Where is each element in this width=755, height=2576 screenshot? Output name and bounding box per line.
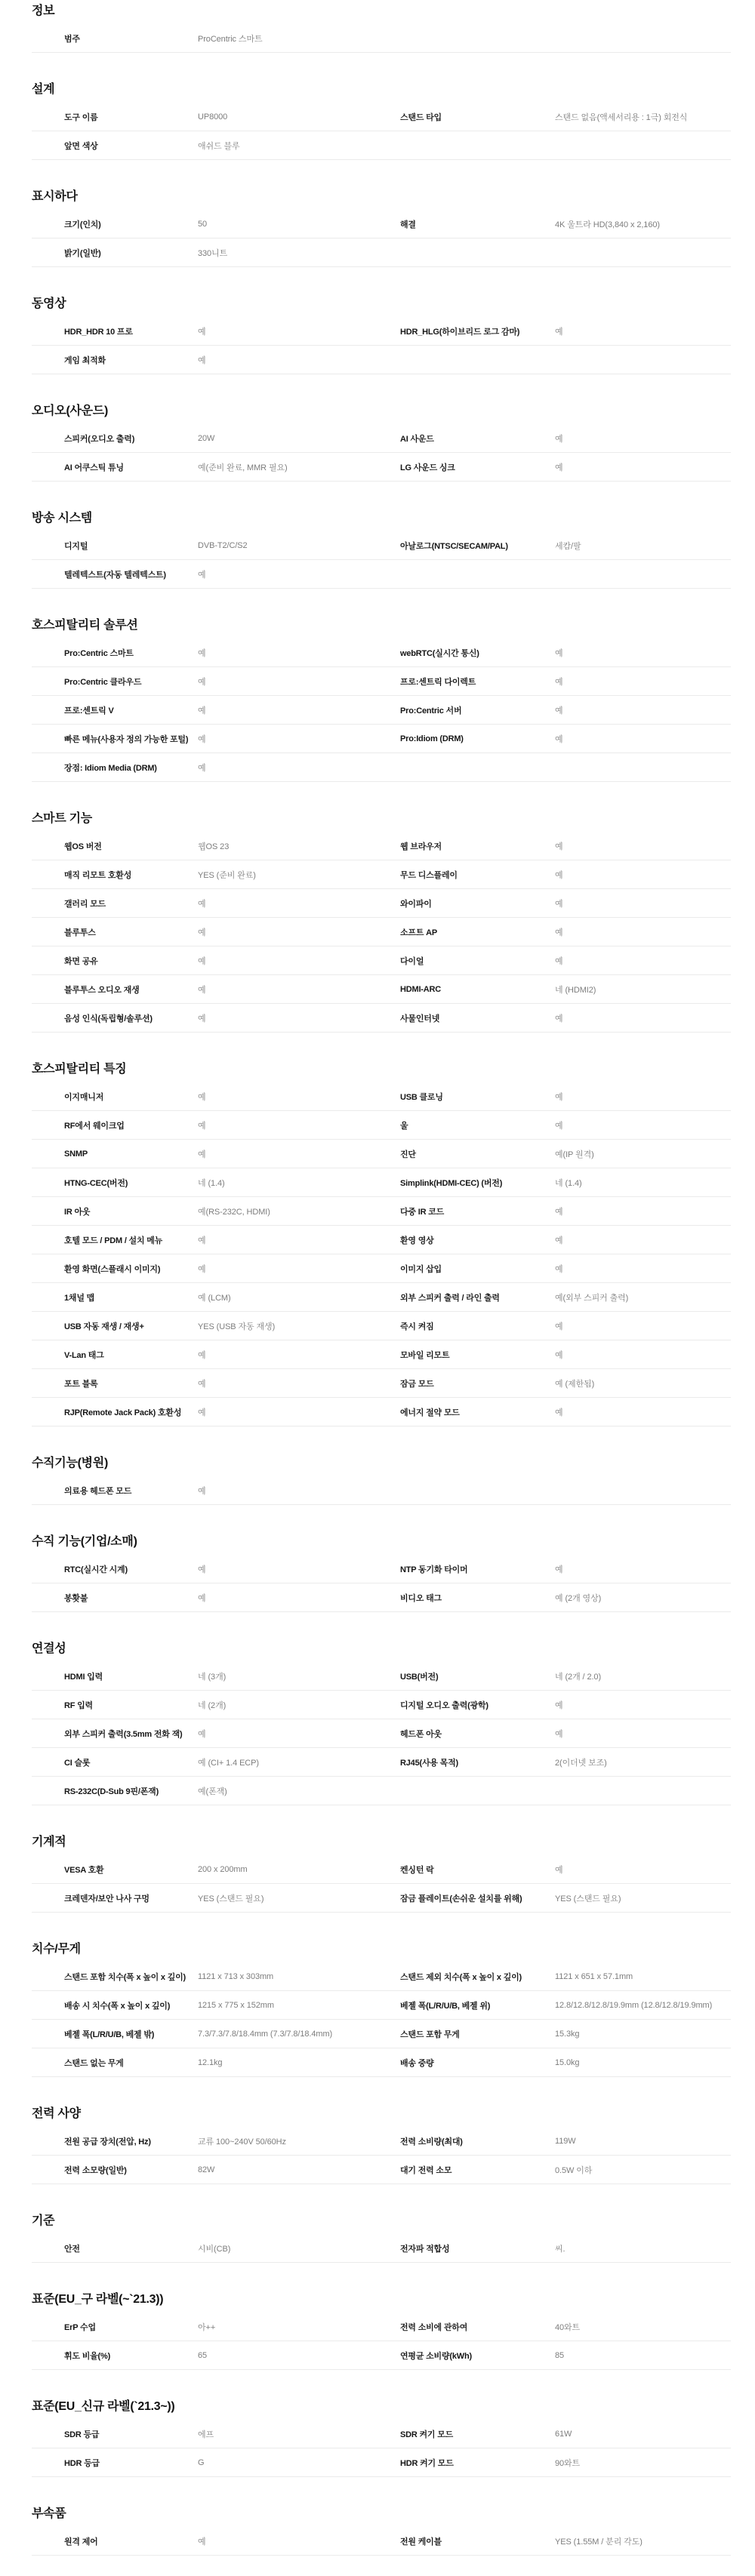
spec-label: 텔레텍스트(자동 텔레텍스트) [32, 568, 198, 580]
spec-value: 예 [555, 926, 731, 938]
spec-label: HDMI 입력 [32, 1670, 198, 1682]
section-title: 방송 시스템 [32, 512, 731, 525]
spec-value: YES (스탠드 필요) [555, 1892, 731, 1904]
spec-label: HDR 켜기 모드 [400, 2457, 555, 2469]
spec-value: 예(RS-232C, HDMI) [198, 1205, 400, 1217]
section-title: 표준(EU_구 라벨(~`21.3)) [32, 2293, 731, 2307]
spec-label: AI 어쿠스틱 튜닝 [32, 461, 198, 473]
spec-value: 씨. [555, 2242, 731, 2254]
spec-label: LG 사운드 싱크 [400, 461, 555, 473]
spec-label: 웹 브라우저 [400, 840, 555, 852]
spec-value: 예(폰잭) [198, 1785, 400, 1797]
spec-value: 예(외부 스피커 출력) [555, 1291, 731, 1303]
spec-row: 전력 소모량(일반)82W대기 전력 소모0.5W 이하 [32, 2156, 731, 2184]
spec-section: 표시하다크기(인치)50해결4K 울트라 HD(3,840 x 2,160)밝기… [32, 160, 731, 267]
spec-label: 화면 공유 [32, 955, 198, 967]
spec-value: 예(IP 원격) [555, 1148, 731, 1160]
spec-value: 예 [198, 568, 400, 580]
spec-value: 예 [198, 704, 400, 716]
spec-value: 65 [198, 2351, 400, 2360]
spec-label: RJ45(사용 목적) [400, 1756, 555, 1768]
spec-label: 무드 디스플레이 [400, 869, 555, 881]
spec-section: 기준안전시비(CB)전자파 적합성씨. [32, 2184, 731, 2263]
spec-label: Pro:Idiom (DRM) [400, 734, 555, 743]
spec-label: IR 아웃 [32, 1205, 198, 1217]
spec-value: 예 [198, 676, 400, 688]
spec-value: 330니트 [198, 247, 400, 259]
spec-row: 안전시비(CB)전자파 적합성씨. [32, 2234, 731, 2263]
spec-row: 블루투스예소프트 AP예 [32, 918, 731, 946]
spec-label: 외부 스피커 출력 / 라인 출력 [400, 1291, 555, 1303]
spec-label: NTP 동기화 타이머 [400, 1563, 555, 1575]
spec-row: 음성 인식(독립형/솔루션)예사물인터넷예 [32, 1004, 731, 1033]
spec-label: 크기(인치) [32, 218, 198, 230]
spec-section: 오디오(사운드)스피커(오디오 출력)20WAI 사운드예AI 어쿠스틱 튜닝예… [32, 374, 731, 482]
spec-label: 원격 제어 [32, 2535, 198, 2547]
spec-value: 예(준비 완료, MMR 필요) [198, 461, 400, 473]
spec-value: 1215 x 775 x 152mm [198, 2001, 400, 2010]
spec-label: 매직 리모트 호환성 [32, 869, 198, 881]
spec-section: 전력 사양전원 공급 장치(전압, Hz)교류 100~240V 50/60Hz… [32, 2077, 731, 2184]
spec-section: 방송 시스템디지털DVB-T2/C/S2아날로그(NTSC/SECAM/PAL)… [32, 482, 731, 589]
spec-value: 4K 울트라 HD(3,840 x 2,160) [555, 218, 731, 230]
spec-row: 환영 화면(스플래시 이미지)예이미지 삽입예 [32, 1254, 731, 1283]
spec-value: 예 [198, 1592, 400, 1604]
spec-label: 다이얼 [400, 955, 555, 967]
spec-row: 장점: Idiom Media (DRM)예 [32, 753, 731, 782]
spec-section: 정보범주ProCentric 스마트 [32, 5, 731, 53]
spec-value: 예 [198, 983, 400, 996]
spec-row: 베젤 폭(L/R/U/B, 베젤 밖)7.3/7.3/7.8/18.4mm (7… [32, 2020, 731, 2048]
section-title: 호스피탈리티 솔루션 [32, 619, 731, 632]
spec-label: 호텔 모드 / PDM / 설치 메뉴 [32, 1234, 198, 1246]
spec-label: 음성 인식(독립형/솔루션) [32, 1012, 198, 1024]
spec-value: 예 [555, 1320, 731, 1332]
spec-value: 1121 x 713 x 303mm [198, 1972, 400, 1981]
spec-label: 블루투스 오디오 재생 [32, 983, 198, 996]
spec-label: Pro:Centric 스마트 [32, 647, 198, 659]
spec-label: 대기 전력 소모 [400, 2164, 555, 2176]
spec-label: USB 클로닝 [400, 1091, 555, 1103]
spec-value: 예 [198, 733, 400, 745]
spec-label: 전자파 적합성 [400, 2242, 555, 2254]
spec-label: HDR_HDR 10 프로 [32, 325, 198, 337]
section-title: 부속품 [32, 2507, 731, 2521]
section-title: 호스피탈리티 특징 [32, 1063, 731, 1076]
spec-value: 예 [555, 955, 731, 967]
spec-label: 전력 소비에 관하여 [400, 2321, 555, 2333]
spec-label: 진단 [400, 1148, 555, 1160]
spec-value: 예 [198, 647, 400, 659]
section-title: 표시하다 [32, 190, 731, 204]
spec-row: 매직 리모트 호환성YES (준비 완료)무드 디스플레이예 [32, 860, 731, 889]
spec-value: 82W [198, 2165, 400, 2174]
spec-row: 배송 시 치수(폭 x 높이 x 깊이)1215 x 775 x 152mm베젤… [32, 1991, 731, 2020]
spec-label: RTC(실시간 시계) [32, 1563, 198, 1575]
spec-label: 스피커(오디오 출력) [32, 432, 198, 445]
spec-section: 호스피탈리티 특징이지매니저예USB 클로닝예RF에서 웨이크업예울예SNMP예… [32, 1033, 731, 1426]
spec-value: 예 (LCM) [198, 1291, 400, 1303]
spec-value: 12.1kg [198, 2058, 400, 2067]
section-title: 전력 사양 [32, 2107, 731, 2121]
spec-label: HTNG-CEC(버전) [32, 1177, 198, 1189]
spec-label: RS-232C(D-Sub 9핀/폰잭) [32, 1785, 198, 1797]
spec-label: RF 입력 [32, 1699, 198, 1711]
spec-value: 예 [555, 1563, 731, 1575]
section-title: 정보 [32, 5, 731, 18]
spec-value: 20W [198, 434, 400, 443]
spec-value: 2(이더넷 보조) [555, 1756, 731, 1768]
spec-value: 예 [555, 704, 731, 716]
spec-value: 예 [555, 1091, 731, 1103]
spec-row: 프로:센트릭 V예Pro:Centric 서버예 [32, 696, 731, 725]
spec-value: 예 [198, 1485, 400, 1497]
spec-value: YES (USB 자동 재생) [198, 1320, 400, 1332]
spec-value: 85 [555, 2351, 731, 2360]
spec-row: Pro:Centric 스마트예webRTC(실시간 통신)예 [32, 639, 731, 667]
spec-label: 의료용 헤드폰 모드 [32, 1485, 198, 1497]
spec-row: 빠른 메뉴(사용자 정의 가능한 포털)예Pro:Idiom (DRM)예 [32, 725, 731, 753]
spec-label: 헤드폰 아웃 [400, 1728, 555, 1740]
spec-label: 스탠드 제외 치수(폭 x 높이 x 깊이) [400, 1971, 555, 1983]
spec-row: RTC(실시간 시계)예NTP 동기화 타이머예 [32, 1555, 731, 1583]
spec-value: 예 [198, 1563, 400, 1575]
spec-label: 배송 시 치수(폭 x 높이 x 깊이) [32, 1999, 198, 2011]
spec-row: USB 자동 재생 / 재생+YES (USB 자동 재생)즉시 켜짐예 [32, 1312, 731, 1340]
spec-value: 시비(CB) [198, 2242, 400, 2254]
spec-row: CI 슬롯예 (CI+ 1.4 ECP)RJ45(사용 목적)2(이더넷 보조) [32, 1748, 731, 1777]
spec-value: 예 [198, 354, 400, 366]
spec-label: 갤러리 모드 [32, 897, 198, 909]
spec-value: 예 [555, 1012, 731, 1024]
spec-value: 예 [198, 1234, 400, 1246]
spec-row: 화면 공유예다이얼예 [32, 946, 731, 975]
spec-value: 교류 100~240V 50/60Hz [198, 2135, 400, 2147]
spec-section: 설계도구 이름UP8000스탠드 타입스탠드 없음(액세서리용 : 1극) 회전… [32, 53, 731, 160]
spec-label: ErP 수업 [32, 2321, 198, 2333]
spec-label: CI 슬롯 [32, 1756, 198, 1768]
spec-value: 50 [198, 220, 400, 229]
spec-value: 아++ [198, 2321, 400, 2333]
spec-value: 예 [198, 1012, 400, 1024]
spec-label: 게임 최적화 [32, 354, 198, 366]
spec-value: 예 [555, 676, 731, 688]
spec-value: 예 [555, 1234, 731, 1246]
spec-row: RF에서 웨이크업예울예 [32, 1111, 731, 1140]
section-title: 수직기능(병원) [32, 1457, 731, 1470]
spec-label: 와이파이 [400, 897, 555, 909]
spec-label: 전력 소모량(일반) [32, 2164, 198, 2176]
spec-value: 40와트 [555, 2321, 731, 2333]
spec-value: ProCentric 스마트 [198, 32, 400, 45]
spec-label: 전원 공급 장치(전압, Hz) [32, 2135, 198, 2147]
spec-value: 7.3/7.3/7.8/18.4mm (7.3/7.8/18.4mm) [198, 2030, 400, 2039]
spec-label: 스탠드 포함 무게 [400, 2028, 555, 2040]
spec-row: AI 어쿠스틱 튜닝예(준비 완료, MMR 필요)LG 사운드 싱크예 [32, 453, 731, 482]
spec-value: 119W [555, 2137, 731, 2146]
spec-value: 에프 [198, 2428, 400, 2440]
spec-section: 수직 기능(기업/소매)RTC(실시간 시계)예NTP 동기화 타이머예봉홧불예… [32, 1505, 731, 1612]
spec-label: USB 자동 재생 / 재생+ [32, 1320, 198, 1332]
spec-row: HDMI 입력네 (3개)USB(버전)네 (2개 / 2.0) [32, 1662, 731, 1691]
section-title: 동영상 [32, 297, 731, 311]
spec-label: 이미지 삽입 [400, 1263, 555, 1275]
spec-value: 예 [198, 1091, 400, 1103]
spec-value: 예 [198, 1349, 400, 1361]
spec-label: 밝기(일반) [32, 247, 198, 259]
spec-label: 크레덴자/보안 나사 구멍 [32, 1892, 198, 1904]
spec-label: 빠른 메뉴(사용자 정의 가능한 포털) [32, 733, 198, 745]
spec-value: 예 [555, 1119, 731, 1131]
spec-label: 환영 영상 [400, 1234, 555, 1246]
section-title: 스마트 기능 [32, 812, 731, 826]
section-title: 치수/무게 [32, 1943, 731, 1956]
spec-value: 예 [555, 1728, 731, 1740]
spec-value: 세캄/팔 [555, 540, 731, 552]
spec-value: 12.8/12.8/12.8/19.9mm (12.8/12.8/19.9mm) [555, 2001, 731, 2010]
spec-label: 디지털 [32, 540, 198, 552]
spec-label: 울 [400, 1119, 555, 1131]
spec-label: 범주 [32, 32, 198, 45]
spec-label: 베젤 폭(L/R/U/B, 베젤 위) [400, 1999, 555, 2011]
spec-value: UP8000 [198, 112, 400, 122]
spec-value: 예 (제한됨) [555, 1377, 731, 1390]
spec-row: SNMP예진단예(IP 원격) [32, 1140, 731, 1168]
spec-label: SDR 켜기 모드 [400, 2428, 555, 2440]
spec-row: 호텔 모드 / PDM / 설치 메뉴예환영 영상예 [32, 1226, 731, 1254]
spec-value: DVB-T2/C/S2 [198, 541, 400, 550]
spec-label: 다중 IR 코드 [400, 1205, 555, 1217]
spec-value: YES (스탠드 필요) [198, 1892, 400, 1904]
spec-label: 연평균 소비량(kWh) [400, 2350, 555, 2362]
spec-label: 안전 [32, 2242, 198, 2254]
spec-label: 봉홧불 [32, 1592, 198, 1604]
spec-value: 예 [555, 733, 731, 745]
spec-row: RJP(Remote Jack Pack) 호환성예에너지 절약 모드예 [32, 1398, 731, 1426]
spec-row: ErP 수업아++전력 소비에 관하여40와트 [32, 2313, 731, 2341]
spec-row: 게임 최적화예 [32, 346, 731, 374]
spec-label: USB(버전) [400, 1670, 555, 1682]
spec-value: 61W [555, 2430, 731, 2439]
spec-row: 웹OS 버전웹OS 23웹 브라우저예 [32, 832, 731, 860]
spec-row: 포트 블록예잠금 모드예 (제한됨) [32, 1369, 731, 1398]
section-title: 설계 [32, 83, 731, 97]
spec-section: 스마트 기능웹OS 버전웹OS 23웹 브라우저예매직 리모트 호환성YES (… [32, 782, 731, 1033]
spec-value: 예 (CI+ 1.4 ECP) [198, 1756, 400, 1768]
spec-row: 갤러리 모드예와이파이예 [32, 889, 731, 918]
spec-section: 호스피탈리티 솔루션Pro:Centric 스마트예webRTC(실시간 통신)… [32, 589, 731, 782]
spec-value: 네 (2개) [198, 1699, 400, 1711]
section-title: 기계적 [32, 1836, 731, 1849]
spec-row: VESA 호환200 x 200mm켄싱턴 락예 [32, 1855, 731, 1884]
spec-row: 크기(인치)50해결4K 울트라 HD(3,840 x 2,160) [32, 210, 731, 239]
spec-row: 범주ProCentric 스마트 [32, 24, 731, 53]
spec-section: 치수/무게스탠드 포함 치수(폭 x 높이 x 깊이)1121 x 713 x … [32, 1913, 731, 2077]
spec-row: RF 입력네 (2개)디지털 오디오 출력(광학)예 [32, 1691, 731, 1719]
spec-label: RJP(Remote Jack Pack) 호환성 [32, 1406, 198, 1418]
spec-value: 예 [555, 1864, 731, 1876]
spec-row: 앞면 색상애쉬드 블루 [32, 131, 731, 160]
spec-label: 모바일 리모트 [400, 1349, 555, 1361]
spec-value: YES (1.55M / 분리 각도) [555, 2535, 731, 2547]
spec-value: 예 [555, 897, 731, 909]
spec-label: 해결 [400, 218, 555, 230]
spec-label: Simplink(HDMI-CEC) (버전) [400, 1177, 555, 1189]
spec-value: 0.5W 이하 [555, 2164, 731, 2176]
spec-row: SDR 등급에프SDR 켜기 모드61W [32, 2420, 731, 2448]
spec-row: 전원 공급 장치(전압, Hz)교류 100~240V 50/60Hz전력 소비… [32, 2127, 731, 2156]
spec-row: Pro:Centric 클라우드예프로:센트릭 다이렉트예 [32, 667, 731, 696]
spec-page: 정보범주ProCentric 스마트설계도구 이름UP8000스탠드 타입스탠드… [0, 0, 755, 2576]
spec-row: 디지털DVB-T2/C/S2아날로그(NTSC/SECAM/PAL)세캄/팔 [32, 531, 731, 560]
spec-label: Pro:Centric 서버 [400, 704, 555, 716]
spec-row: HDR_HDR 10 프로예HDR_HLG(하이브리드 로그 감마)예 [32, 317, 731, 346]
spec-row: 1채널 맵예 (LCM)외부 스피커 출력 / 라인 출력예(외부 스피커 출력… [32, 1283, 731, 1312]
spec-row: 이지매니저예USB 클로닝예 [32, 1082, 731, 1111]
spec-section: 연결성HDMI 입력네 (3개)USB(버전)네 (2개 / 2.0)RF 입력… [32, 1612, 731, 1805]
spec-value: 예 [198, 762, 400, 774]
spec-label: 잠금 플레이트(손쉬운 설치를 위해) [400, 1892, 555, 1904]
spec-row: HDR 등급GHDR 켜기 모드90와트 [32, 2448, 731, 2477]
spec-value: 예 [555, 869, 731, 881]
spec-label: webRTC(실시간 통신) [400, 647, 555, 659]
spec-value: 예 [198, 1119, 400, 1131]
spec-row: RS-232C(D-Sub 9핀/폰잭)예(폰잭) [32, 1777, 731, 1805]
spec-value: 15.0kg [555, 2058, 731, 2067]
spec-row: 텔레텍스트(자동 텔레텍스트)예 [32, 560, 731, 589]
spec-section: 기계적VESA 호환200 x 200mm켄싱턴 락예크레덴자/보안 나사 구멍… [32, 1805, 731, 1913]
spec-label: 잠금 모드 [400, 1377, 555, 1390]
spec-label: 포트 블록 [32, 1377, 198, 1390]
spec-label: HDR_HLG(하이브리드 로그 감마) [400, 325, 555, 337]
spec-value: 예 [555, 1349, 731, 1361]
spec-value: 예 [198, 926, 400, 938]
spec-value: 예 [555, 647, 731, 659]
spec-value: 예 [555, 432, 731, 445]
spec-label: AI 사운드 [400, 432, 555, 445]
spec-value: 예 [555, 1205, 731, 1217]
spec-label: 스탠드 없는 무게 [32, 2057, 198, 2069]
spec-label: SDR 등급 [32, 2428, 198, 2440]
spec-value: 네 (1.4) [198, 1177, 400, 1189]
spec-section: 부속품원격 제어예전원 케이블YES (1.55M / 분리 각도) [32, 2477, 731, 2556]
spec-value: 예 [198, 1728, 400, 1740]
spec-value: 예 [198, 1148, 400, 1160]
spec-label: 장점: Idiom Media (DRM) [32, 762, 198, 774]
spec-section: 동영상HDR_HDR 10 프로예HDR_HLG(하이브리드 로그 감마)예게임… [32, 267, 731, 374]
spec-row: 블루투스 오디오 재생예HDMI-ARC네 (HDMI2) [32, 975, 731, 1004]
spec-row: 휘도 비율(%)65연평균 소비량(kWh)85 [32, 2341, 731, 2370]
spec-label: 이지매니저 [32, 1091, 198, 1103]
spec-value: G [198, 2458, 400, 2467]
spec-label: 사물인터넷 [400, 1012, 555, 1024]
section-title: 기준 [32, 2214, 731, 2228]
spec-label: 앞면 색상 [32, 140, 198, 152]
spec-label: SNMP [32, 1150, 198, 1159]
spec-row: 봉홧불예비디오 태그예 (2개 영상) [32, 1583, 731, 1612]
spec-row: 스피커(오디오 출력)20WAI 사운드예 [32, 424, 731, 453]
spec-value: 예 [198, 1377, 400, 1390]
spec-label: 디지털 오디오 출력(광학) [400, 1699, 555, 1711]
spec-value: 예 [198, 2535, 400, 2547]
spec-label: 즉시 켜짐 [400, 1320, 555, 1332]
spec-section: 표준(EU_구 라벨(~`21.3))ErP 수업아++전력 소비에 관하여40… [32, 2263, 731, 2370]
spec-value: 예 [555, 1699, 731, 1711]
spec-value: 네 (2개 / 2.0) [555, 1670, 731, 1682]
spec-label: 휘도 비율(%) [32, 2350, 198, 2362]
spec-label: 비디오 태그 [400, 1592, 555, 1604]
spec-row: 외부 스피커 출력(3.5mm 전화 잭)예헤드폰 아웃예 [32, 1719, 731, 1748]
spec-label: 웹OS 버전 [32, 840, 198, 852]
spec-row: 도구 이름UP8000스탠드 타입스탠드 없음(액세서리용 : 1극) 회전식 [32, 103, 731, 131]
spec-label: 1채널 맵 [32, 1291, 198, 1303]
spec-value: 네 (HDMI2) [555, 983, 731, 996]
spec-row: 크레덴자/보안 나사 구멍YES (스탠드 필요)잠금 플레이트(손쉬운 설치를… [32, 1884, 731, 1913]
spec-label: Pro:Centric 클라우드 [32, 676, 198, 688]
spec-row: 의료용 헤드폰 모드예 [32, 1476, 731, 1505]
spec-row: 원격 제어예전원 케이블YES (1.55M / 분리 각도) [32, 2527, 731, 2556]
section-title: 오디오(사운드) [32, 405, 731, 418]
spec-value: 예 [198, 897, 400, 909]
spec-value: 1121 x 651 x 57.1mm [555, 1972, 731, 1981]
spec-label: 스탠드 타입 [400, 111, 555, 123]
spec-label: HDMI-ARC [400, 985, 555, 994]
spec-section: 수직기능(병원)의료용 헤드폰 모드예 [32, 1426, 731, 1505]
spec-label: VESA 호환 [32, 1864, 198, 1876]
spec-value: 예 [555, 461, 731, 473]
spec-value: 예 [555, 1263, 731, 1275]
spec-value: 예 [198, 1263, 400, 1275]
spec-label: 환영 화면(스플래시 이미지) [32, 1263, 198, 1275]
spec-row: 밝기(일반)330니트 [32, 239, 731, 267]
section-title: 연결성 [32, 1642, 731, 1656]
spec-row: 스탠드 포함 치수(폭 x 높이 x 깊이)1121 x 713 x 303mm… [32, 1962, 731, 1991]
spec-label: 배송 중량 [400, 2057, 555, 2069]
spec-value: 예 [198, 955, 400, 967]
spec-label: V-Lan 태그 [32, 1349, 198, 1361]
spec-value: 웹OS 23 [198, 840, 400, 852]
spec-label: 블루투스 [32, 926, 198, 938]
spec-section: 표준(EU_신규 라벨(`21.3~))SDR 등급에프SDR 켜기 모드61W… [32, 2370, 731, 2477]
spec-label: 소프트 AP [400, 926, 555, 938]
spec-value: 예 (2개 영상) [555, 1592, 731, 1604]
spec-value: 200 x 200mm [198, 1865, 400, 1874]
spec-label: 전원 케이블 [400, 2535, 555, 2547]
spec-value: 예 [555, 1406, 731, 1418]
spec-label: HDR 등급 [32, 2457, 198, 2469]
spec-row: 스탠드 없는 무게12.1kg배송 중량15.0kg [32, 2048, 731, 2077]
spec-label: 에너지 절약 모드 [400, 1406, 555, 1418]
section-title: 수직 기능(기업/소매) [32, 1535, 731, 1549]
spec-value: 15.3kg [555, 2030, 731, 2039]
spec-value: 네 (3개) [198, 1670, 400, 1682]
spec-value: YES (준비 완료) [198, 869, 400, 881]
spec-value: 90와트 [555, 2457, 731, 2469]
spec-value: 스탠드 없음(액세서리용 : 1극) 회전식 [555, 111, 731, 123]
spec-row: V-Lan 태그예모바일 리모트예 [32, 1340, 731, 1369]
spec-value: 예 [555, 325, 731, 337]
spec-label: 아날로그(NTSC/SECAM/PAL) [400, 540, 555, 552]
spec-row: IR 아웃예(RS-232C, HDMI)다중 IR 코드예 [32, 1197, 731, 1226]
spec-value: 애쉬드 블루 [198, 140, 400, 152]
spec-value: 예 [198, 325, 400, 337]
spec-label: 프로:센트릭 다이렉트 [400, 676, 555, 688]
spec-label: 도구 이름 [32, 111, 198, 123]
spec-value: 예 [555, 840, 731, 852]
spec-label: 외부 스피커 출력(3.5mm 전화 잭) [32, 1728, 198, 1740]
spec-value: 네 (1.4) [555, 1177, 731, 1189]
spec-value: 예 [198, 1406, 400, 1418]
